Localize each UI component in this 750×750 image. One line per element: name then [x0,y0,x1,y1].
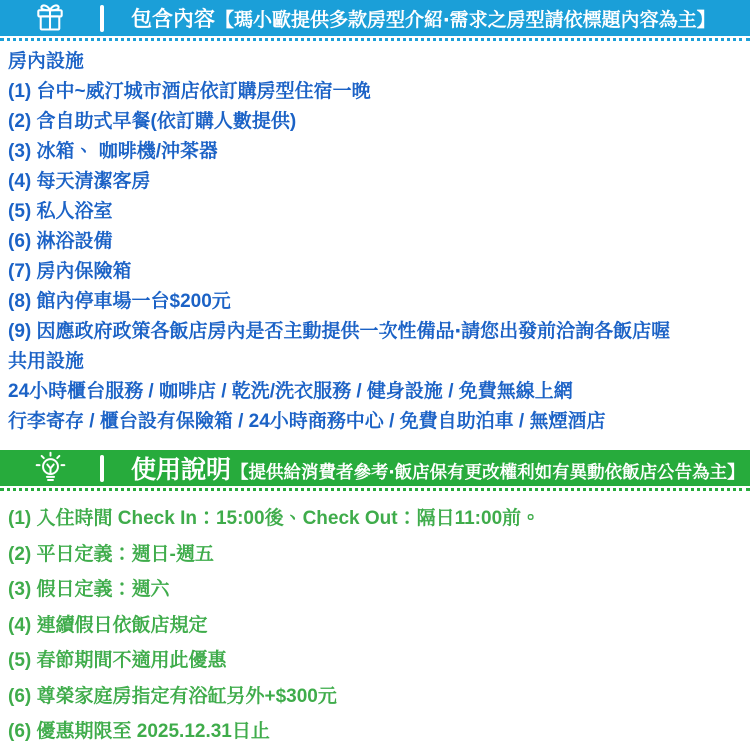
list-item: (9) 因應政府政策各飯店房內是否主動提供一次性備品‧請您出發前洽詢各飯店喔 [8,317,750,347]
usage-instructions-list: (1) 入住時間 Check In：15:00後、Check Out：隔日11:… [0,491,750,750]
included-content-section: 包含內容【瑪小歐提供多款房型介紹‧需求之房型請依標題內容為主】 房內設施 (1)… [0,0,750,437]
usage-instructions-section: 使用說明【提供給消費者參考‧飯店保有更改權利如有異動依飯店公告為主】 (1) 入… [0,450,750,750]
list-item: 行李寄存 / 櫃台設有保險箱 / 24小時商務中心 / 免費自助泊車 / 無煙酒… [8,407,750,437]
list-item: (7) 房內保險箱 [8,257,750,287]
list-item: 24小時櫃台服務 / 咖啡店 / 乾洗/洗衣服務 / 健身設施 / 免費無線上網 [8,377,750,407]
list-item: (1) 台中~威汀城市酒店依訂購房型住宿一晚 [8,77,750,107]
included-content-title: 包含內容【瑪小歐提供多款房型介紹‧需求之房型請依標題內容為主】 [131,3,716,33]
list-item: (2) 含自助式早餐(依訂購人數提供) [8,107,750,137]
list-item: (3) 假日定義：週六 [8,572,750,608]
header-divider [100,455,104,482]
included-content-header: 包含內容【瑪小歐提供多款房型介紹‧需求之房型請依標題內容為主】 [0,0,750,36]
list-item: (3) 冰箱、 咖啡機/沖茶器 [8,137,750,167]
hotel-listing-description: 包含內容【瑪小歐提供多款房型介紹‧需求之房型請依標題內容為主】 房內設施 (1)… [0,0,750,750]
list-item: (6) 優惠期限至 2025.12.31日止 [8,714,750,750]
lightbulb-icon [0,450,100,486]
header-title-bracket: 【提供給消費者參考‧飯店保有更改權利如有異動依飯店公告為主】 [231,459,745,484]
list-item: (2) 平日定義：週日-週五 [8,537,750,573]
list-item: (4) 連續假日依飯店規定 [8,608,750,644]
list-item-shared-facilities-heading: 共用設施 [8,347,750,377]
list-item: (6) 淋浴設備 [8,227,750,257]
header-title-main: 包含內容 [131,3,215,33]
header-divider [100,5,104,32]
usage-instructions-title: 使用說明【提供給消費者參考‧飯店保有更改權利如有異動依飯店公告為主】 [131,450,745,486]
list-item: (5) 春節期間不適用此優惠 [8,643,750,679]
usage-instructions-header: 使用說明【提供給消費者參考‧飯店保有更改權利如有異動依飯店公告為主】 [0,450,750,486]
list-item: (8) 館內停車場一台$200元 [8,287,750,317]
included-content-list: 房內設施 (1) 台中~威汀城市酒店依訂購房型住宿一晚 (2) 含自助式早餐(依… [0,41,750,437]
list-item: (6) 尊榮家庭房指定有浴缸另外+$300元 [8,679,750,715]
header-title-main: 使用說明 [131,450,231,486]
list-item-room-facilities-heading: 房內設施 [8,47,750,77]
gift-icon [0,0,100,36]
header-title-bracket: 【瑪小歐提供多款房型介紹‧需求之房型請依標題內容為主】 [215,5,716,32]
list-item: (5) 私人浴室 [8,197,750,227]
list-item: (1) 入住時間 Check In：15:00後、Check Out：隔日11:… [8,501,750,537]
list-item: (4) 每天清潔客房 [8,167,750,197]
